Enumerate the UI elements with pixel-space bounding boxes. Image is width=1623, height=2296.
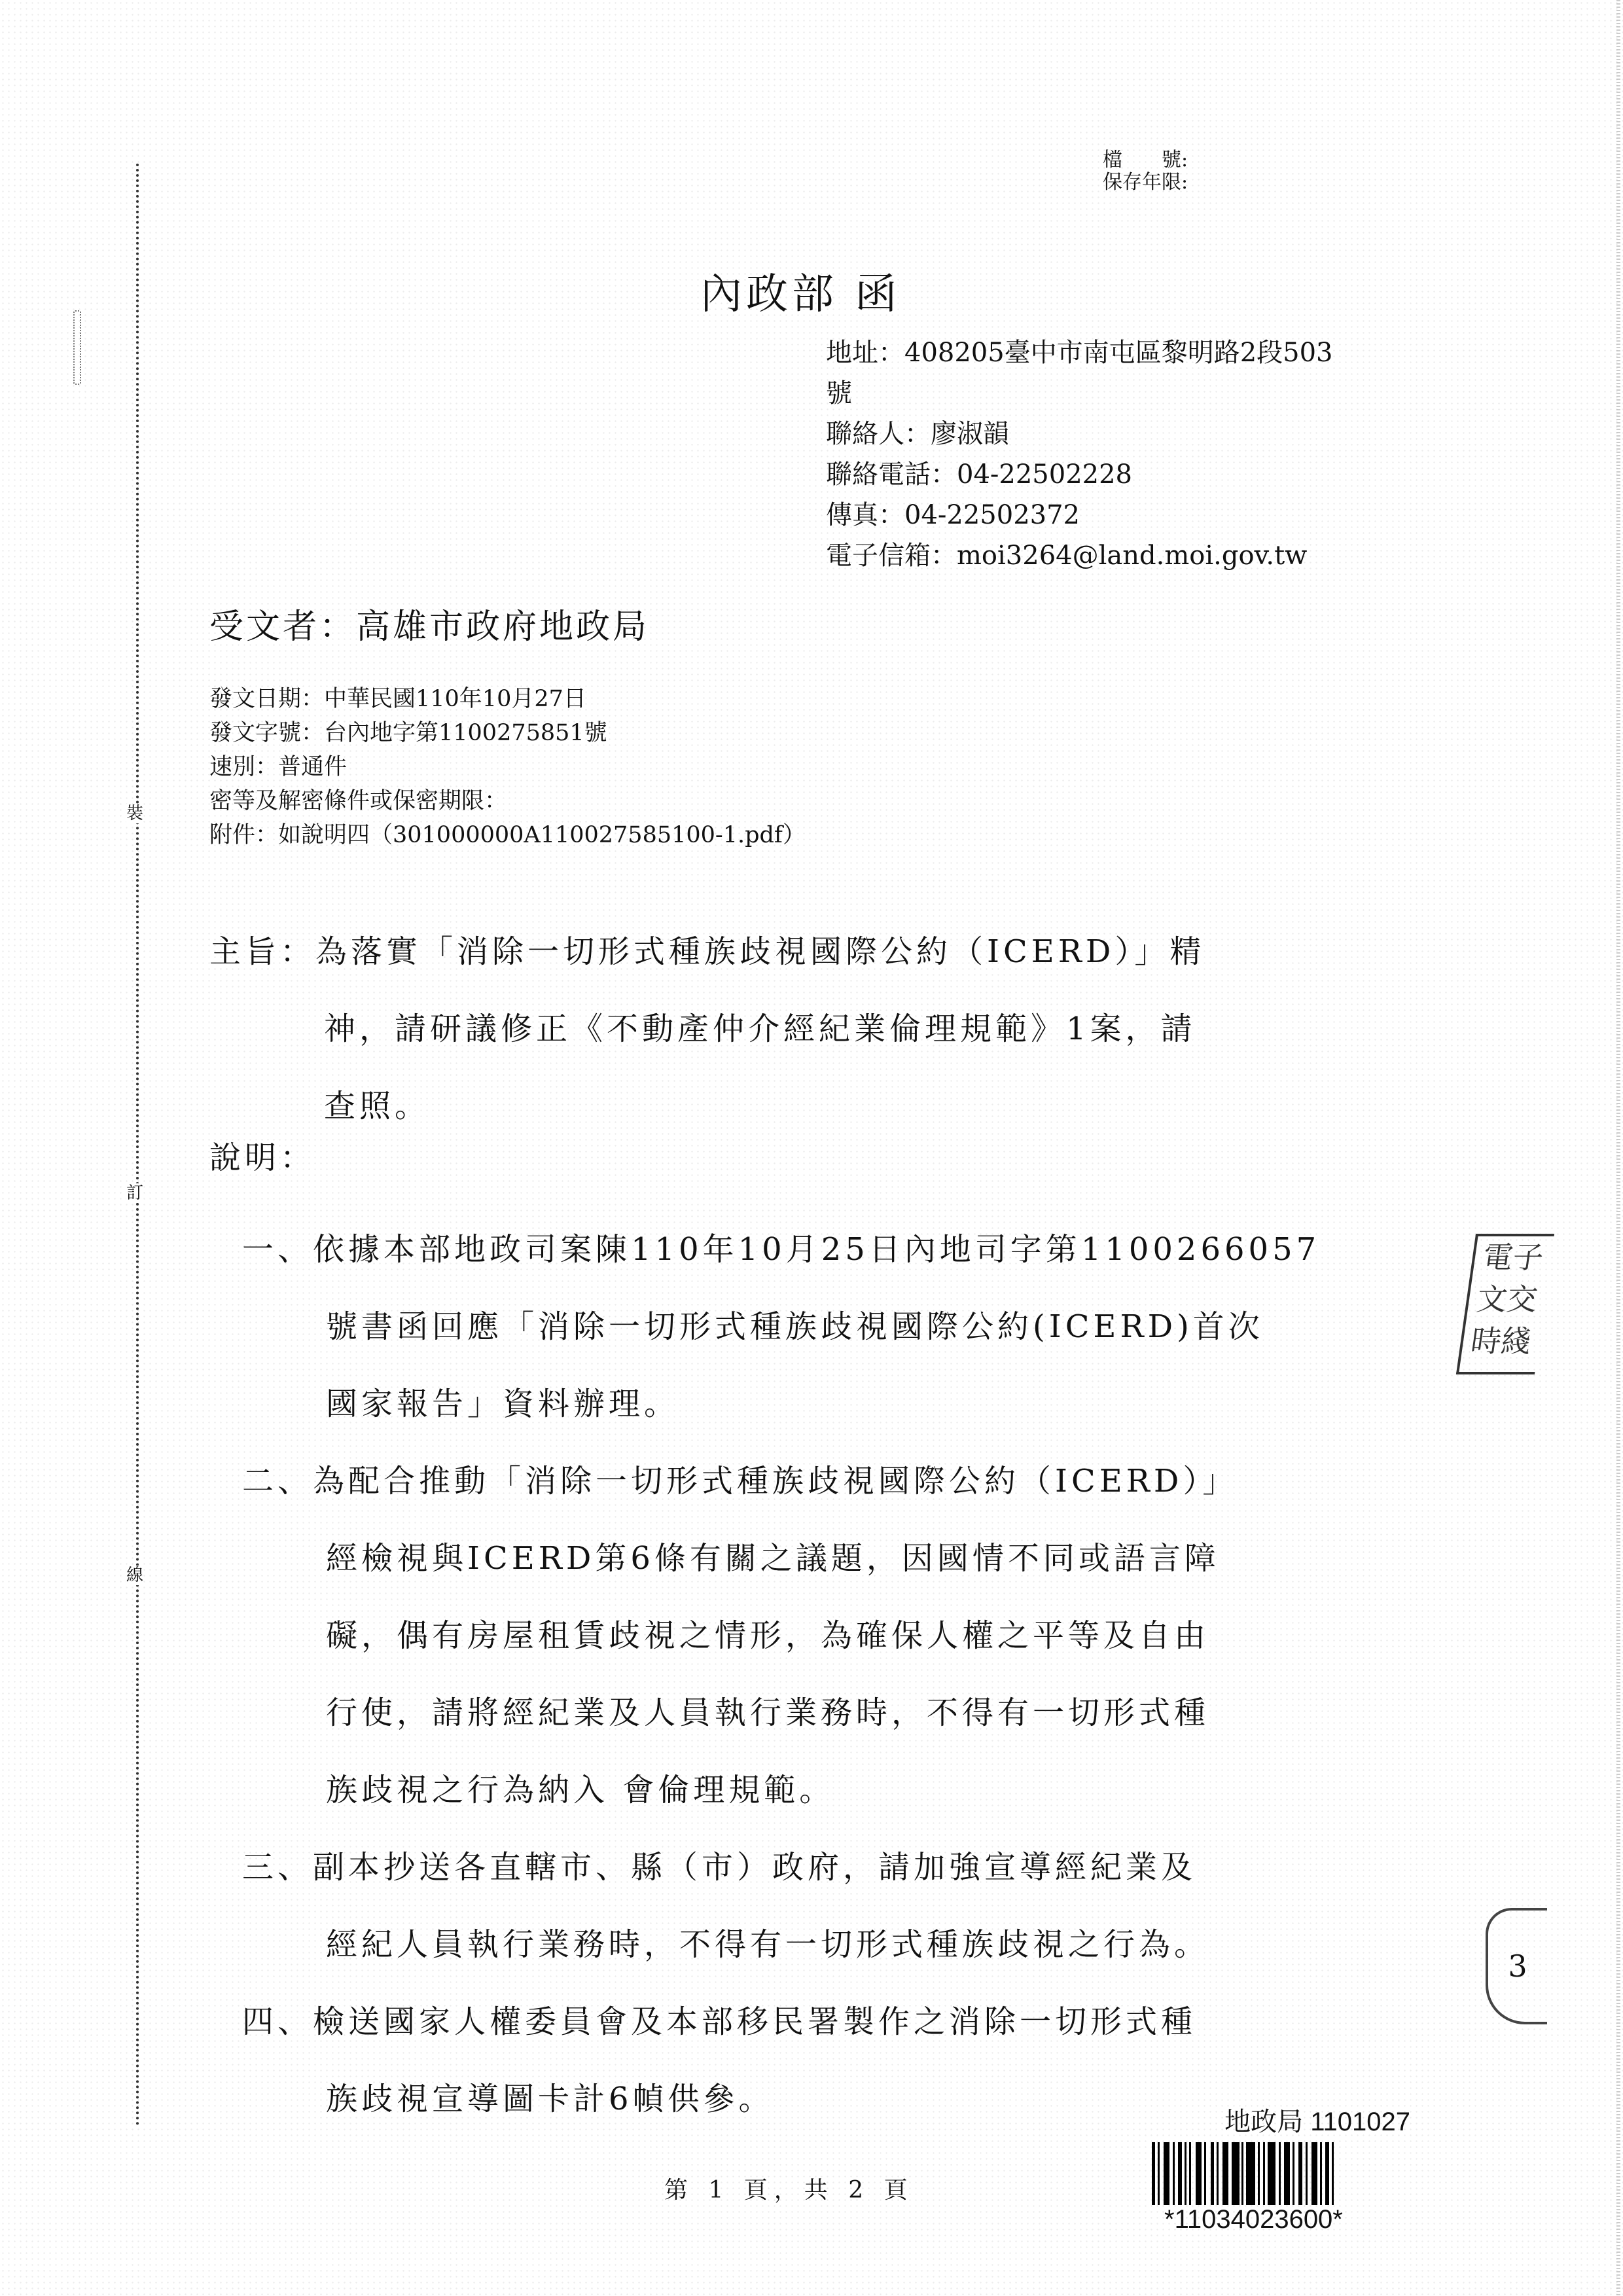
item-line: 一、依據本部地政司案陳110年10月25日內地司字第1100266057 (242, 1211, 1414, 1288)
scan-edge (1616, 0, 1620, 2296)
item-line: 號書函回應「消除一切形式種族歧視國際公約(ICERD)首次 (242, 1288, 1414, 1365)
item-line: 四、檢送國家人權委員會及本部移民署製作之消除一切形式種 (242, 1983, 1414, 2060)
item-line: 三、副本抄送各直轄市、縣（市）政府，請加強宣導經紀業及 (242, 1829, 1414, 1906)
page-seal-stamp: 3 (1486, 1908, 1547, 2024)
explanation-items: 一、依據本部地政司案陳110年10月25日內地司字第1100266057 號書函… (242, 1211, 1414, 2138)
explanation-item-1: 一、依據本部地政司案陳110年10月25日內地司字第1100266057 號書函… (242, 1211, 1414, 1443)
sender-address-cont: 號 (826, 373, 1402, 414)
explanation-item-3: 三、副本抄送各直轄市、縣（市）政府，請加強宣導經紀業及 經紀人員執行業務時，不得… (242, 1829, 1414, 1983)
attachment: 附件：如說明四（301000000A110027585100-1.pdf） (209, 818, 806, 852)
retention-label: 保存年限: (1103, 171, 1188, 194)
item-line: 礙，偶有房屋租賃歧視之情形，為確保人權之平等及自由 (242, 1597, 1414, 1674)
electronic-exchange-stamp: 電子 文交 時綫 (1456, 1234, 1554, 1374)
sender-info: 地址：408205臺中市南屯區黎明路2段503 號 聯絡人：廖淑韻 聯絡電話：0… (826, 332, 1402, 576)
sender-address: 地址：408205臺中市南屯區黎明路2段503 (826, 332, 1402, 373)
item-line: 族歧視之行為納入 會倫理規範。 (242, 1751, 1414, 1829)
archive-info: 檔 號: 保存年限: (1103, 149, 1188, 194)
subject-section: 主旨：為落實「消除一切形式種族歧視國際公約（ICERD）」精 神，請研議修正《不… (209, 913, 1400, 1145)
binding-mark-ding: 訂 (126, 1183, 143, 1203)
document-meta: 發文日期：中華民國110年10月27日 發文字號：台內地字第1100275851… (209, 682, 806, 852)
barcode-icon (1152, 2142, 1423, 2205)
delivery-speed: 速別：普通件 (209, 750, 806, 784)
barcode-label: 地政局 1101027 (1149, 2101, 1423, 2138)
file-number-label: 檔 號: (1103, 149, 1188, 171)
staple-mark (73, 310, 81, 385)
binding-line (136, 164, 139, 2127)
subject-line: 主旨：為落實「消除一切形式種族歧視國際公約（ICERD）」精 (209, 913, 1400, 990)
barcode-number: *11034023600* (1164, 2205, 1423, 2234)
item-line: 國家報告」資料辦理。 (242, 1365, 1414, 1443)
document-title: 內政部 函 (700, 260, 901, 321)
subject-line: 查照。 (209, 1067, 1400, 1145)
sender-contact: 聯絡人：廖淑韻 (826, 414, 1402, 454)
document-number: 發文字號：台內地字第1100275851號 (209, 716, 806, 750)
explanation-item-2: 二、為配合推動「消除一切形式種族歧視國際公約（ICERD）」 經檢視與ICERD… (242, 1443, 1414, 1829)
issue-date: 發文日期：中華民國110年10月27日 (209, 682, 806, 716)
item-line: 經紀人員執行業務時，不得有一切形式種族歧視之行為。 (242, 1906, 1414, 1983)
sender-phone: 聯絡電話：04-22502228 (826, 454, 1402, 495)
sender-email: 電子信箱：moi3264@land.moi.gov.tw (826, 535, 1402, 576)
explanation-heading: 說明： (209, 1132, 315, 1177)
sender-fax: 傳真：04-22502372 (826, 495, 1402, 535)
page-number: 第 1 頁，共 2 頁 (664, 2172, 914, 2205)
subject-line: 神，請研議修正《不動產仲介經紀業倫理規範》1案，請 (209, 990, 1400, 1067)
item-line: 經檢視與ICERD第6條有關之議題，因國情不同或語言障 (242, 1520, 1414, 1597)
recipient: 受文者：高雄市政府地政局 (209, 599, 649, 648)
binding-mark-zhuang: 裝 (126, 804, 143, 823)
page-seal-number: 3 (1508, 1948, 1527, 1984)
item-line: 二、為配合推動「消除一切形式種族歧視國際公約（ICERD）」 (242, 1443, 1414, 1520)
barcode-block: 地政局 1101027 *11034023600* (1149, 2101, 1423, 2234)
item-line: 行使，請將經紀業及人員執行業務時，不得有一切形式種 (242, 1674, 1414, 1751)
classification: 密等及解密條件或保密期限： (209, 784, 806, 818)
binding-mark-xian: 線 (126, 1566, 143, 1585)
